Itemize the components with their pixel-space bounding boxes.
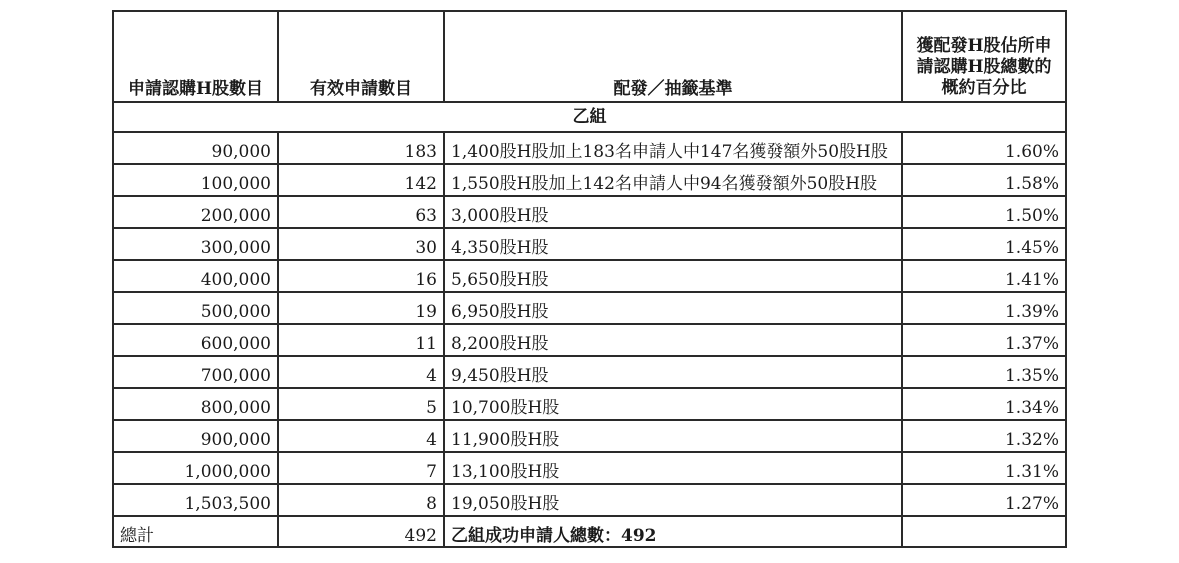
apps-cell: 63 <box>278 196 444 228</box>
total-label: 總計 <box>113 516 278 547</box>
pct-cell: 1.58% <box>902 164 1066 196</box>
shares-cell: 1,503,500 <box>113 484 278 516</box>
table-row: 90,0001831,400股H股加上183名申請人中147名獲發額外50股H股… <box>113 132 1066 164</box>
apps-cell: 142 <box>278 164 444 196</box>
table-row: 1,000,000713,100股H股1.31% <box>113 452 1066 484</box>
apps-cell: 4 <box>278 356 444 388</box>
basis-cell: 4,350股H股 <box>444 228 902 260</box>
basis-cell: 1,400股H股加上183名申請人中147名獲發額外50股H股 <box>444 132 902 164</box>
header-percentage: 獲配發H股佔所申請認購H股總數的概約百分比 <box>902 11 1066 102</box>
shares-cell: 400,000 <box>113 260 278 292</box>
table-row: 900,000411,900股H股1.32% <box>113 420 1066 452</box>
basis-cell: 10,700股H股 <box>444 388 902 420</box>
header-basis: 配發／抽籤基準 <box>444 11 902 102</box>
basis-cell: 11,900股H股 <box>444 420 902 452</box>
shares-cell: 500,000 <box>113 292 278 324</box>
table-row: 800,000510,700股H股1.34% <box>113 388 1066 420</box>
pct-cell: 1.31% <box>902 452 1066 484</box>
apps-cell: 7 <box>278 452 444 484</box>
apps-cell: 16 <box>278 260 444 292</box>
shares-cell: 300,000 <box>113 228 278 260</box>
allocation-table: 申請認購H股數目 有效申請數目 配發／抽籤基準 獲配發H股佔所申請認購H股總數的… <box>112 10 1067 548</box>
shares-cell: 800,000 <box>113 388 278 420</box>
table-row: 400,000165,650股H股1.41% <box>113 260 1066 292</box>
pct-cell: 1.50% <box>902 196 1066 228</box>
apps-cell: 5 <box>278 388 444 420</box>
basis-cell: 6,950股H股 <box>444 292 902 324</box>
table-row: 1,503,500819,050股H股1.27% <box>113 484 1066 516</box>
pct-cell: 1.34% <box>902 388 1066 420</box>
pct-cell: 1.60% <box>902 132 1066 164</box>
apps-cell: 30 <box>278 228 444 260</box>
table-row: 200,000633,000股H股1.50% <box>113 196 1066 228</box>
basis-cell: 1,550股H股加上142名申請人中94名獲發額外50股H股 <box>444 164 902 196</box>
apps-cell: 4 <box>278 420 444 452</box>
basis-cell: 5,650股H股 <box>444 260 902 292</box>
header-valid-applications: 有效申請數目 <box>278 11 444 102</box>
total-row: 總計 492 乙組成功申請人總數：492 <box>113 516 1066 547</box>
total-apps: 492 <box>278 516 444 547</box>
table-row: 700,00049,450股H股1.35% <box>113 356 1066 388</box>
header-row: 申請認購H股數目 有效申請數目 配發／抽籤基準 獲配發H股佔所申請認購H股總數的… <box>113 11 1066 102</box>
basis-cell: 3,000股H股 <box>444 196 902 228</box>
table-row: 500,000196,950股H股1.39% <box>113 292 1066 324</box>
pct-cell: 1.32% <box>902 420 1066 452</box>
pct-cell: 1.41% <box>902 260 1066 292</box>
table-row: 300,000304,350股H股1.45% <box>113 228 1066 260</box>
basis-cell: 19,050股H股 <box>444 484 902 516</box>
shares-cell: 100,000 <box>113 164 278 196</box>
pct-cell: 1.39% <box>902 292 1066 324</box>
table-row: 100,0001421,550股H股加上142名申請人中94名獲發額外50股H股… <box>113 164 1066 196</box>
basis-cell: 8,200股H股 <box>444 324 902 356</box>
header-shares-applied: 申請認購H股數目 <box>113 11 278 102</box>
shares-cell: 600,000 <box>113 324 278 356</box>
apps-cell: 11 <box>278 324 444 356</box>
apps-cell: 8 <box>278 484 444 516</box>
total-summary: 乙組成功申請人總數：492 <box>444 516 902 547</box>
table-row: 600,000118,200股H股1.37% <box>113 324 1066 356</box>
pct-cell: 1.45% <box>902 228 1066 260</box>
pct-cell: 1.37% <box>902 324 1066 356</box>
group-label: 乙組 <box>113 102 1066 132</box>
basis-cell: 13,100股H股 <box>444 452 902 484</box>
group-row: 乙組 <box>113 102 1066 132</box>
apps-cell: 19 <box>278 292 444 324</box>
pct-cell: 1.27% <box>902 484 1066 516</box>
total-pct <box>902 516 1066 547</box>
pct-cell: 1.35% <box>902 356 1066 388</box>
basis-cell: 9,450股H股 <box>444 356 902 388</box>
shares-cell: 200,000 <box>113 196 278 228</box>
shares-cell: 1,000,000 <box>113 452 278 484</box>
shares-cell: 90,000 <box>113 132 278 164</box>
apps-cell: 183 <box>278 132 444 164</box>
shares-cell: 900,000 <box>113 420 278 452</box>
shares-cell: 700,000 <box>113 356 278 388</box>
